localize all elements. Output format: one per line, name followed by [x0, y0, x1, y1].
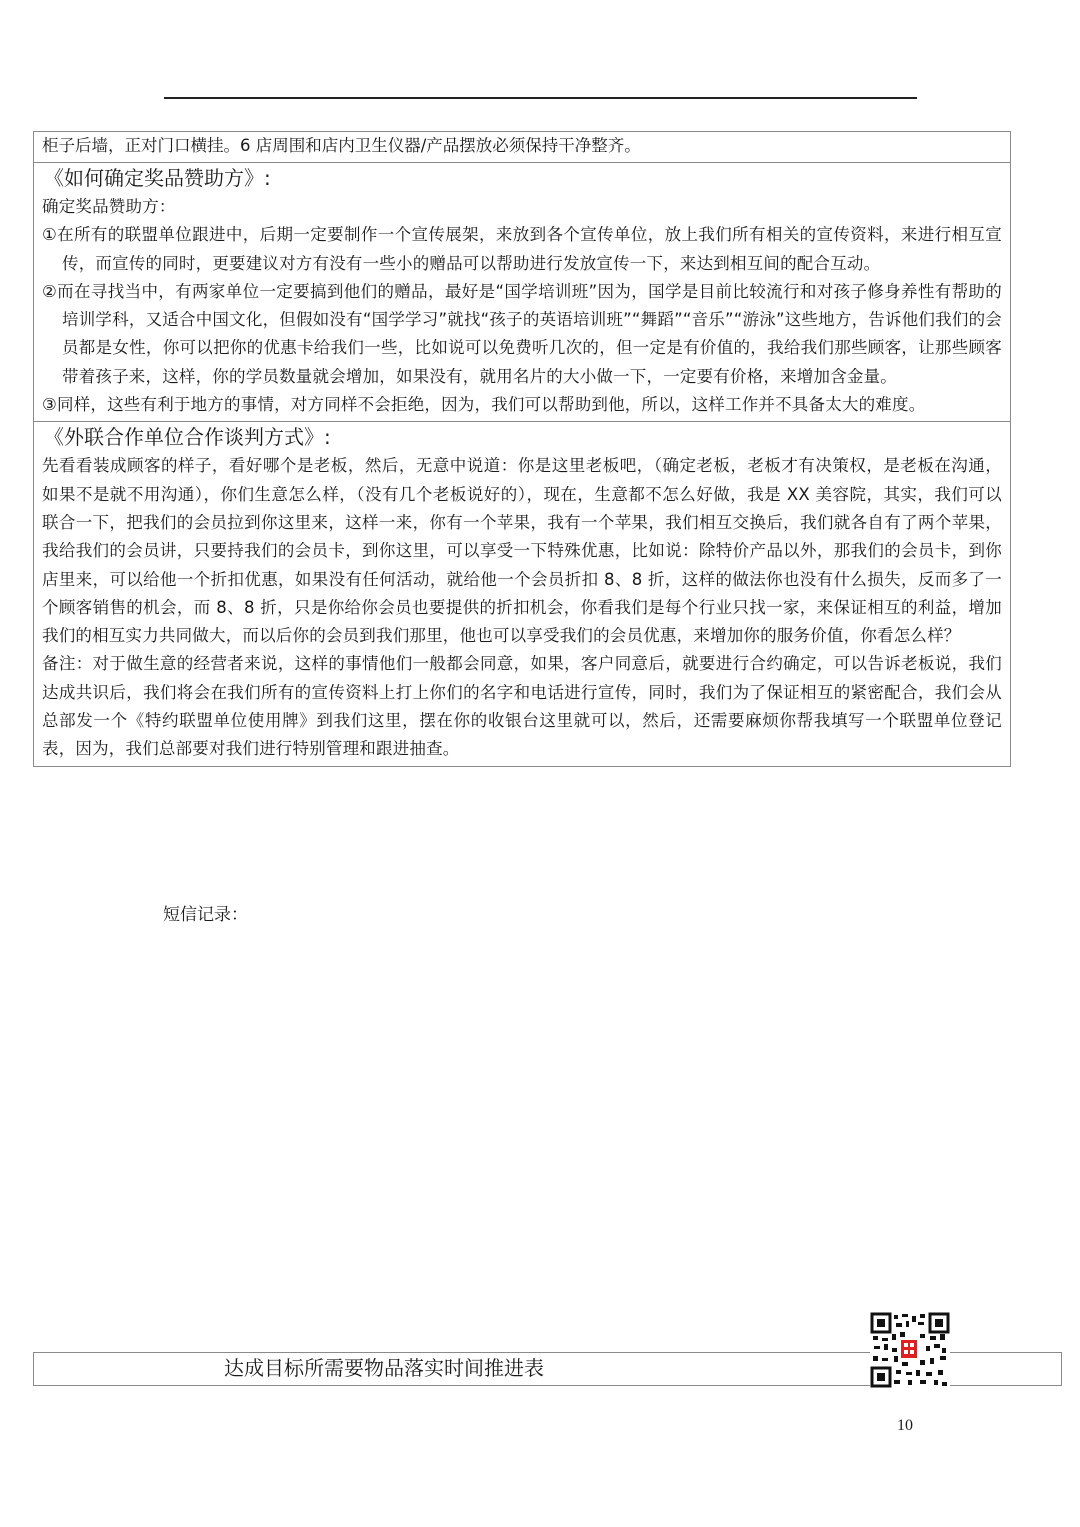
section-negotiation: 《外联合作单位合作谈判方式》: 先看看装成顾客的样子，看好哪个是老板，然后，无意…: [34, 421, 1010, 765]
list-item: ①在所有的联盟单位跟进中，后期一定要制作一个宣传展架，来放到各个宣传单位，放上我…: [42, 221, 1002, 278]
continuation-row: 柜子后墙，正对门口横挂。6 店周围和店内卫生仪器/产品摆放必须保持干净整齐。: [34, 132, 1010, 162]
section-title: 《外联合作单位合作谈判方式》:: [42, 422, 1002, 452]
section-title: 《如何确定奖品赞助方》:: [42, 163, 1002, 193]
header-rule: [164, 97, 917, 99]
list-item: ②而在寻找当中，有两家单位一定要搞到他们的赠品，最好是“国学培训班”因为，国学是…: [42, 278, 1002, 391]
sms-record-label: 短信记录：: [163, 900, 248, 925]
section-body: 先看看装成顾客的样子，看好哪个是老板，然后，无意中说道：你是这里老板吧，（确定老…: [42, 452, 1002, 650]
list-item: ③同样，这些有利于地方的事情，对方同样不会拒绝，因为，我们可以帮助到他，所以，这…: [42, 391, 1002, 419]
section-note: 备注：对于做生意的经营者来说，这样的事情他们一般都会同意，如果，客户同意后，就要…: [42, 650, 1002, 763]
page-number: 10: [897, 1417, 913, 1435]
footer-title: 达成目标所需要物品落实时间推进表: [34, 1353, 734, 1384]
section-intro: 确定奖品赞助方：: [42, 193, 1002, 221]
content-table: 柜子后墙，正对门口横挂。6 店周围和店内卫生仪器/产品摆放必须保持干净整齐。 《…: [33, 131, 1011, 767]
qr-code-icon: [870, 1312, 950, 1388]
section-prize-sponsor: 《如何确定奖品赞助方》: 确定奖品赞助方： ①在所有的联盟单位跟进中，后期一定要…: [34, 162, 1010, 421]
